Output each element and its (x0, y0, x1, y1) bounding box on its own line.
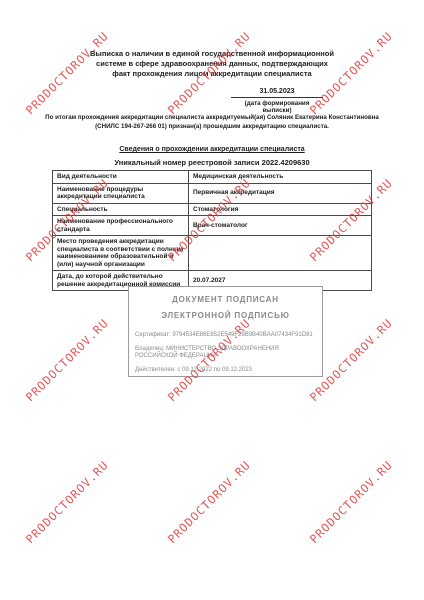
document-page: PRODOCTOROV.RU PRODOCTOROV.RU PRODOCTORO… (0, 0, 424, 600)
table-row: Место проведения аккредитации специалист… (53, 236, 372, 271)
row-label: Вид деятельности (53, 171, 189, 184)
certificate-value: 9794534E86E852E549F29B9B40BAA07434F91D81 (172, 332, 312, 338)
section-heading: Сведения о прохождении аккредитации спец… (0, 146, 424, 153)
signature-certificate-line: Сертификат: 9794534E86E852E549F29B9B40BA… (135, 332, 316, 340)
certificate-label: Сертификат: (135, 332, 171, 338)
table-row: Наименование процедуры аккредитации спец… (53, 183, 372, 203)
watermark-text: PRODOCTOROV.RU (158, 451, 260, 553)
formation-date-block: 31.05.2023 (дата формирования выписки) (231, 88, 323, 114)
signature-validity-line: Действителен: с 09.12.2022 по 09.12.2023 (135, 367, 316, 375)
record-number-value: 2022.4209630 (262, 158, 310, 167)
signature-title-line2: ЭЛЕКТРОННОЙ ПОДПИСЬЮ (129, 311, 322, 320)
formation-date-value: 31.05.2023 (231, 88, 323, 98)
record-number-line: Уникальный номер реестровой записи 2022.… (0, 158, 424, 167)
watermark-text: PRODOCTOROV.RU (16, 451, 118, 553)
table-row: Специальность Стоматология (53, 203, 372, 216)
row-label: Место проведения аккредитации специалист… (53, 236, 189, 271)
row-label: Наименование профессионального стандарта (53, 216, 189, 236)
watermark-text: PRODOCTOROV.RU (16, 309, 118, 411)
accreditation-table: Вид деятельности Медицинская деятельност… (52, 170, 372, 291)
formation-date-caption: (дата формирования выписки) (231, 98, 323, 114)
owner-label: Владелец: (135, 346, 164, 352)
validity-label: Действителен: (135, 367, 176, 373)
row-value: Первичная аккредитация (189, 183, 372, 203)
signature-title-line1: ДОКУМЕНТ ПОДПИСАН (129, 295, 322, 304)
row-value (189, 236, 372, 271)
table-row: Вид деятельности Медицинская деятельност… (53, 171, 372, 184)
validity-value: с 09.12.2022 по 09.12.2023 (177, 367, 252, 373)
table-row: Наименование профессионального стандарта… (53, 216, 372, 236)
signature-owner-line: Владелец: МИНИСТЕРСТВО ЗДРАВООХРАНЕНИЯ Р… (135, 346, 313, 361)
record-number-label: Уникальный номер реестровой записи (114, 158, 259, 167)
signature-stamp: ДОКУМЕНТ ПОДПИСАН ЭЛЕКТРОННОЙ ПОДПИСЬЮ С… (128, 286, 323, 377)
intro-paragraph: По итогам прохождения аккредитации специ… (40, 113, 384, 131)
row-label: Наименование процедуры аккредитации спец… (53, 183, 189, 203)
watermark-text: PRODOCTOROV.RU (300, 451, 402, 553)
row-value: Врач-стоматолог (189, 216, 372, 236)
row-value: Медицинская деятельность (189, 171, 372, 184)
row-label: Специальность (53, 203, 189, 216)
document-title: Выписка о наличии в единой государственн… (87, 49, 337, 79)
row-value: Стоматология (189, 203, 372, 216)
